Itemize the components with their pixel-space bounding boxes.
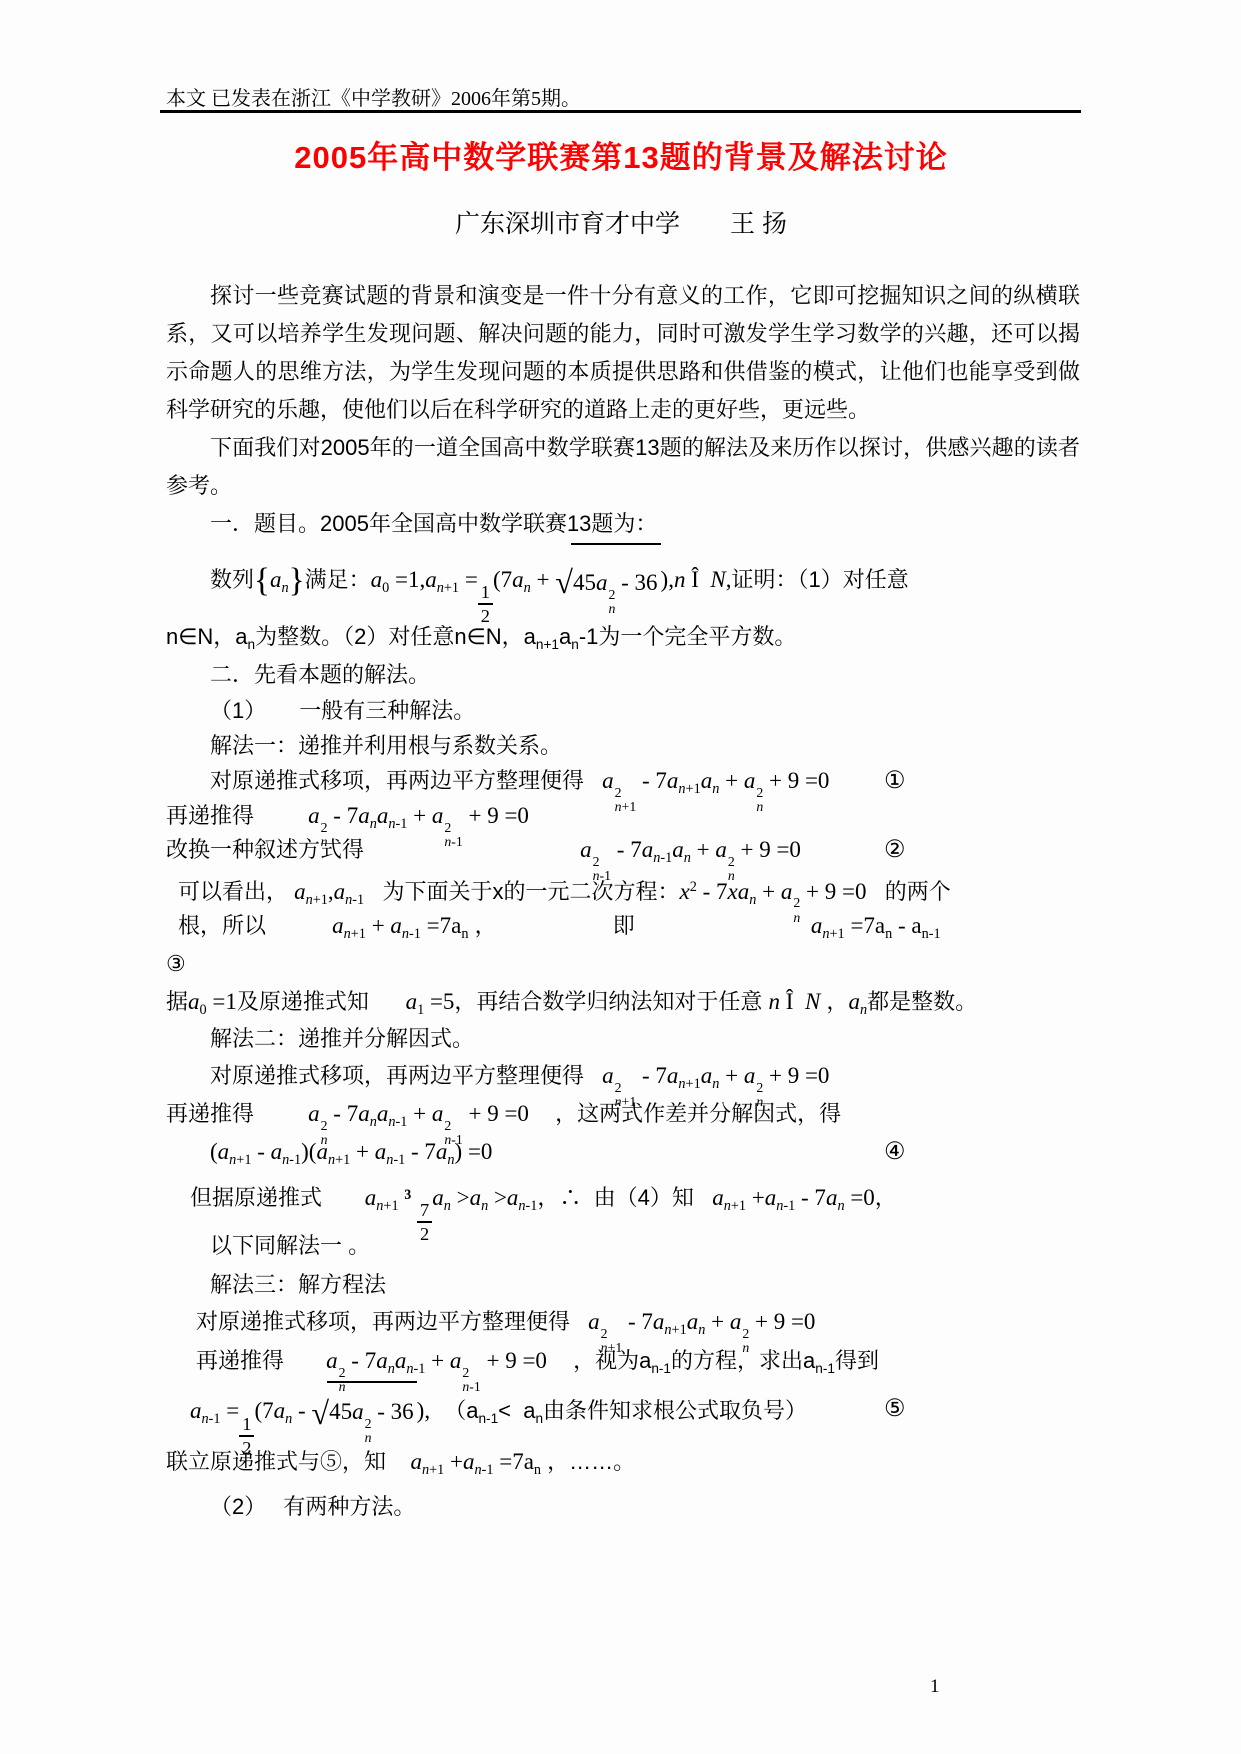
problem-statement-cont: n∈N，an为整数。（2）对任意n∈N，an+1an-1为一个完全平方数。 — [166, 617, 1080, 657]
solution1-eq3-line: 改换一种叙述方式得 a2n-1 - 7an-1an + a2n + 9 =0 ② — [166, 833, 1080, 867]
solution2-followup-line: 以下同解法一 。 — [166, 1225, 1080, 1267]
solution3-eq5-line: an-1 =12(7an - √45a2n - 36), （an-1< an由条… — [166, 1381, 1080, 1437]
eq-formula: a2n+1 - 7an+1an + a2n + 9 =0 — [588, 1309, 815, 1334]
solution2-eq2-line: 再递推得 a2n - 7anan-1 + a2n-1 + 9 =0 ，这两式作差… — [166, 1095, 1080, 1133]
eq-label: 再递推得 — [166, 803, 254, 828]
eq-number-1: ① — [884, 763, 906, 799]
eq-label: 再递推得 — [196, 1348, 284, 1373]
solution3-title: 解法三：解方程法 — [166, 1267, 1080, 1303]
publication-note: 本文 已发表在浙江《中学教研》2006年第5期。 — [166, 82, 581, 111]
page-title: 2005年高中数学联赛第13题的背景及解法讨论 — [162, 132, 1080, 177]
eq-number-4: ④ — [884, 1133, 906, 1171]
vieta-rec-formula: an+1 =7an - an-1 — [811, 913, 941, 938]
solution1-tag3-line: ③ — [166, 945, 1080, 983]
eq-label: 再递推得 — [166, 1101, 254, 1126]
header-divider — [160, 110, 1081, 113]
eq-suffix: ，视为an-1的方程，求出an-1得到 — [573, 1348, 879, 1373]
eq-note: （an-1< an由条件知求根公式取负号） — [444, 1398, 807, 1423]
solution3-conclusion-line: 联立原递推式与⑤，知 an+1 +an-1 =7an ，……。 — [166, 1437, 1080, 1487]
eq-formula: a2n-1 - 7an-1an + a2n + 9 =0 — [580, 837, 801, 862]
article-body: 探讨一些竞赛试题的背景和演变是一件十分有意义的工作，它即可挖掘知识之间的纵横联系… — [166, 277, 1080, 1527]
page-number: 1 — [930, 1676, 940, 1698]
eq-formula: a2n+1 - 7an+1an + a2n + 9 =0 — [602, 1063, 829, 1088]
problem-heading: 一．题目。2005年全国高中数学联赛13题为： — [166, 505, 1080, 543]
solution2-title: 解法二：递推并分解因式。 — [166, 1021, 1080, 1057]
eq-number-5: ⑤ — [884, 1381, 906, 1437]
eq-suffix: ，这两式作差并分解因式，得 — [555, 1101, 841, 1126]
eq-label: 对原递推式移项，再两边平方整理便得 — [196, 1309, 570, 1334]
eq-formula: a2n+1 - 7an+1an + a2n + 9 =0 — [602, 768, 829, 793]
solution1-eq1-line: 对原递推式移项，再两边平方整理便得 a2n+1 - 7an+1an + a2n … — [166, 763, 1080, 799]
vieta-comma: ， — [475, 913, 497, 938]
eq-formula: a2n - 7anan-1 + a2n-1 + 9 =0 — [308, 1101, 529, 1126]
vieta-sum-formula: an+1 + an-1 =7an — [332, 913, 468, 938]
intro-paragraph-2: 下面我们对2005年的一道全国高中数学联赛13题的解法及来历作以探讨，供感兴趣的… — [166, 429, 1080, 505]
solutions-heading: 二．先看本题的解法。 — [166, 657, 1080, 693]
document-page: 本文 已发表在浙江《中学教研》2006年第5期。 2005年高中数学联赛第13题… — [0, 0, 1241, 1754]
eq-label: 对原递推式移项，再两边平方整理便得 — [210, 768, 584, 793]
eq-formula: a2n - 7anan-1 + a2n-1 + 9 =0 — [308, 803, 529, 828]
solution2-eq1-line: 对原递推式移项，再两边平方整理便得 a2n+1 - 7an+1an + a2n … — [166, 1057, 1080, 1095]
solution3-eq2-line: 再递推得 a2n - 7anan-1 + a2n-1 + 9 =0 ，视为an-… — [166, 1341, 1080, 1381]
solution2-inequality-line: 但据原递推式 an+1 ³ 72an >an >an-1，∴ 由（4）知 an+… — [166, 1171, 1080, 1225]
problem-statement: 数列{an}满足：a0 =1,an+1 =12(7an + √45a2n - 3… — [166, 543, 1080, 617]
vieta-mid: 即 — [613, 913, 635, 938]
eq-number-2: ② — [884, 833, 906, 867]
eq-formula: (an+1 - an-1)(an+1 + an-1 - 7an) =0 — [210, 1139, 492, 1164]
solution2-factor-line: (an+1 - an-1)(an+1 + an-1 - 7an) =0 ④ — [166, 1133, 1080, 1171]
solution1-title: 解法一：递推并利用根与系数关系。 — [166, 729, 1080, 763]
eq-label: 改换一种叙述方式得 — [166, 837, 364, 862]
author-line: 广东深圳市育才中学 王 扬 — [162, 204, 1080, 240]
solutions-item-1: （1） 一般有三种解法。 — [166, 693, 1080, 729]
solution1-eq2-line: 再递推得 a2n - 7anan-1 + a2n-1 + 9 =0 — [166, 799, 1080, 833]
eq-formula: a2n - 7anan-1 + a2n-1 + 9 =0 — [326, 1348, 547, 1373]
solution3-eq1-line: 对原递推式移项，再两边平方整理便得 a2n+1 - 7an+1an + a2n … — [166, 1303, 1080, 1341]
eq-formula: an-1 =12(7an - √45a2n - 36), — [190, 1398, 430, 1423]
solution1-vieta-line: 根，所以 an+1 + an-1 =7an ， 即 an+1 =7an - an… — [166, 907, 1080, 945]
intro-paragraph-1: 探讨一些竞赛试题的背景和演变是一件十分有意义的工作，它即可挖掘知识之间的纵横联系… — [166, 277, 1080, 429]
solution1-induction-line: 据a0 =1及原递推式知 a1 =5，再结合数学归纳法知对于任意 n Î N ，… — [166, 983, 1080, 1021]
vieta-pre: 根，所以 — [178, 913, 266, 938]
eq-label: 对原递推式移项，再两边平方整理便得 — [210, 1063, 584, 1088]
solution1-roots-line: 可以看出， an+1,an-1 为下面关于x的一元二次方程：x2 - 7xan … — [166, 867, 1080, 907]
solutions-item-2: （2） 有两种方法。 — [166, 1487, 1080, 1527]
